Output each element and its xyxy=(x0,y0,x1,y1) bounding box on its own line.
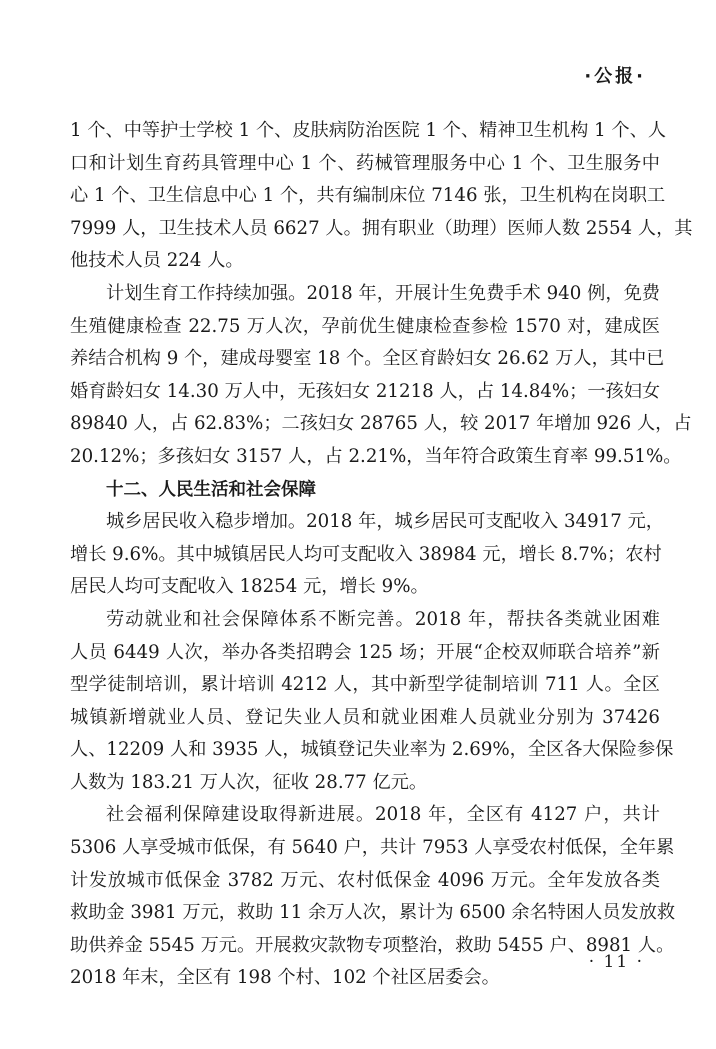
text-line: 1 个、中等护士学校 1 个、皮肤病防治医院 1 个、精神卫生机构 1 个、人 xyxy=(70,115,660,148)
document-body: 1 个、中等护士学校 1 个、皮肤病防治医院 1 个、精神卫生机构 1 个、人 … xyxy=(70,115,660,995)
text-line: 社会福利保障建设取得新进展。2018 年，全区有 4127 户，共计 xyxy=(70,799,660,832)
text-line: 型学徒制培训，累计培训 4212 人，其中新型学徒制培训 711 人。全区 xyxy=(70,669,660,702)
text-line: 城镇新增就业人员、登记失业人员和就业困难人员就业分别为 37426 xyxy=(70,702,660,735)
text-line: 口和计划生育药具管理中心 1 个、药械管理服务中心 1 个、卫生服务中 xyxy=(70,148,660,181)
text-line: 劳动就业和社会保障体系不断完善。2018 年，帮扶各类就业困难 xyxy=(70,604,660,637)
section-label: ·公报· xyxy=(584,62,646,88)
text-line: 居民人均可支配收入 18254 元，增长 9%。 xyxy=(70,571,660,604)
text-line: 养结合机构 9 个，建成母婴室 18 个。全区育龄妇女 26.62 万人，其中已 xyxy=(70,343,660,376)
text-line: 他技术人员 224 人。 xyxy=(70,245,660,278)
paragraph-income: 城乡居民收入稳步增加。2018 年，城乡居民可支配收入 34917 元， 增长 … xyxy=(70,506,660,604)
text-line: 5306 人享受城市低保，有 5640 户，共计 7953 人享受农村低保，全年… xyxy=(70,832,660,865)
text-line: 心 1 个、卫生信息中心 1 个，共有编制床位 7146 张，卫生机构在岗职工 xyxy=(70,180,660,213)
text-line: 2018 年末，全区有 198 个村、102 个社区居委会。 xyxy=(70,962,660,995)
text-line: 计发放城市低保金 3782 万元、农村低保金 4096 万元。全年发放各类 xyxy=(70,865,660,898)
text-line: 7999 人，卫生技术人员 6627 人。拥有职业（助理）医师人数 2554 人… xyxy=(70,213,660,246)
text-line: 增长 9.6%。其中城镇居民人均可支配收入 38984 元，增长 8.7%；农村 xyxy=(70,539,660,572)
text-line: 人数为 183.21 万人次，征收 28.77 亿元。 xyxy=(70,767,660,800)
paragraph-family-planning: 计划生育工作持续加强。2018 年，开展计生免费手术 940 例，免费 生殖健康… xyxy=(70,278,660,474)
text-line: 生殖健康检查 22.75 万人次，孕前优生健康检查参检 1570 对，建成医 xyxy=(70,311,660,344)
text-line: 城乡居民收入稳步增加。2018 年，城乡居民可支配收入 34917 元， xyxy=(70,506,660,539)
text-line: 计划生育工作持续加强。2018 年，开展计生免费手术 940 例，免费 xyxy=(70,278,660,311)
text-line: 20.12%；多孩妇女 3157 人，占 2.21%，当年符合政策生育率 99.… xyxy=(70,441,660,474)
page-number: · 11 · xyxy=(589,952,644,972)
paragraph-health-institutions: 1 个、中等护士学校 1 个、皮肤病防治医院 1 个、精神卫生机构 1 个、人 … xyxy=(70,115,660,278)
paragraph-employment: 劳动就业和社会保障体系不断完善。2018 年，帮扶各类就业困难 人员 6449 … xyxy=(70,604,660,800)
text-line: 人员 6449 人次，举办各类招聘会 125 场；开展“企校双师联合培养”新 xyxy=(70,637,660,670)
text-line: 救助金 3981 万元，救助 11 余万人次，累计为 6500 余名特困人员发放… xyxy=(70,897,660,930)
text-line: 婚育龄妇女 14.30 万人中，无孩妇女 21218 人，占 14.84%；一孩… xyxy=(70,376,660,409)
text-line: 89840 人，占 62.83%；二孩妇女 28765 人，较 2017 年增加… xyxy=(70,408,660,441)
text-line: 人、12209 人和 3935 人，城镇登记失业率为 2.69%，全区各大保险参… xyxy=(70,734,660,767)
text-line: 助供养金 5545 万元。开展救灾款物专项整治，救助 5455 户、8981 人… xyxy=(70,930,660,963)
paragraph-social-welfare: 社会福利保障建设取得新进展。2018 年，全区有 4127 户，共计 5306 … xyxy=(70,799,660,995)
section-heading: 十二、人民生活和社会保障 xyxy=(70,474,660,507)
